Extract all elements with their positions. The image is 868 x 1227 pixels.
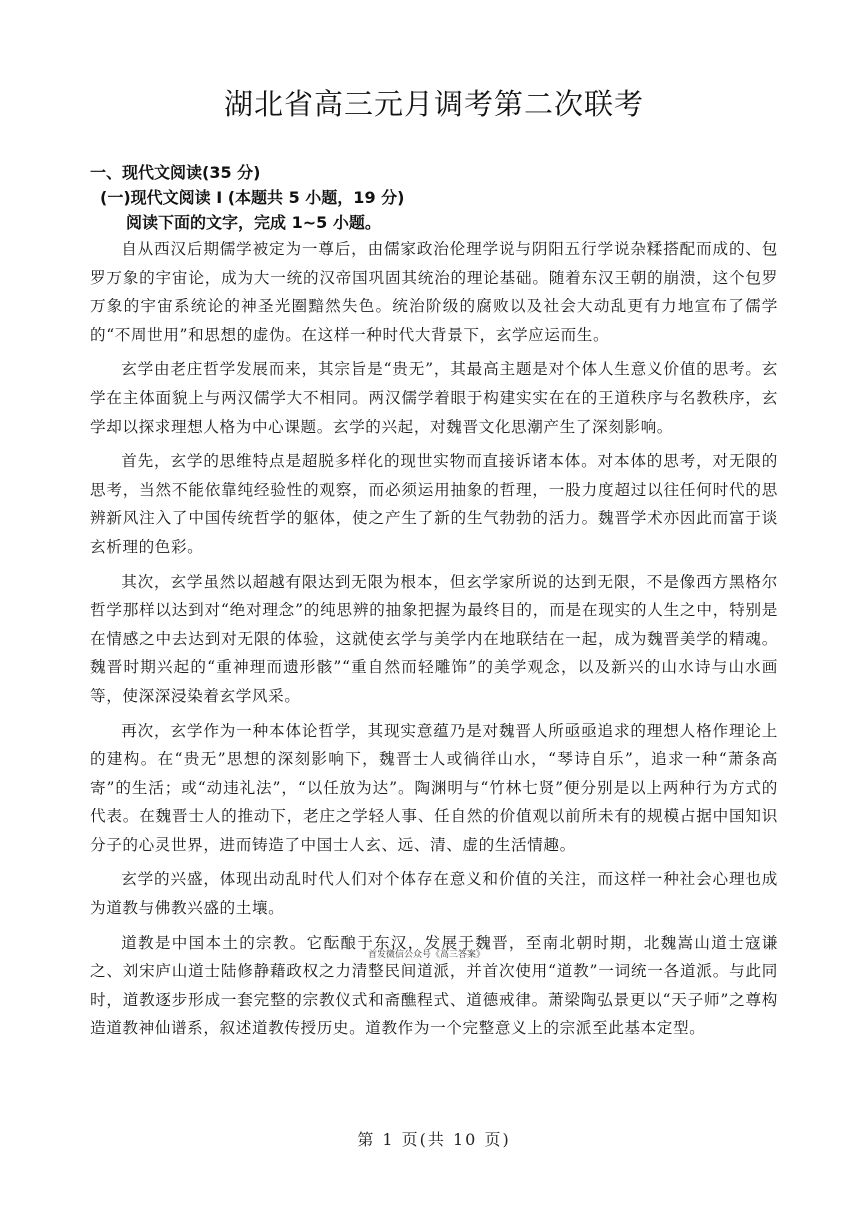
document-title: 湖北省高三元月调考第二次联考 — [0, 82, 868, 123]
paragraph-6: 玄学的兴盛，体现出动乱时代人们对个体存在意义和价值的关注，而这样一种社会心理也成… — [90, 865, 778, 922]
reading-instruction: 阅读下面的文字，完成 1~5 小题。 — [126, 210, 381, 233]
page-number-footer: 第 1 页(共 10 页) — [0, 1127, 868, 1150]
paragraph-2: 玄学由老庄哲学发展而来，其宗旨是“贵无”，其最高主题是对个体人生意义价值的思考。… — [90, 355, 778, 441]
paragraph-7: 道教是中国本土的宗教。它酝酿于东汉，发展于魏晋，至南北朝时期，北魏嵩山道士寇谦之… — [90, 929, 778, 1043]
paragraph-4: 其次，玄学虽然以超越有限达到无限为根本，但玄学家所说的达到无限，不是像西方黑格尔… — [90, 568, 778, 711]
subsection-heading: (一)现代文阅读 I (本题共 5 小题，19 分) — [100, 185, 404, 208]
paragraph-3: 首先，玄学的思维特点是超脱多样化的现世实物而直接诉诸本体。对本体的思考，对无限的… — [90, 447, 778, 561]
section-heading: 一、现代文阅读(35 分) — [90, 160, 260, 183]
document-page: 湖北省高三元月调考第二次联考 一、现代文阅读(35 分) (一)现代文阅读 I … — [0, 0, 868, 1227]
watermark-text: 首发微信公众号《高三答案》 — [368, 947, 485, 960]
paragraph-1: 自从西汉后期儒学被定为一尊后，由儒家政治伦理学说与阴阳五行学说杂糅搭配而成的、包… — [90, 235, 778, 349]
paragraph-5: 再次，玄学作为一种本体论哲学，其现实意蕴乃是对魏晋人所亟亟追求的理想人格作理论上… — [90, 717, 778, 860]
reading-passage: 自从西汉后期儒学被定为一尊后，由儒家政治伦理学说与阴阳五行学说杂糅搭配而成的、包… — [90, 235, 778, 1043]
